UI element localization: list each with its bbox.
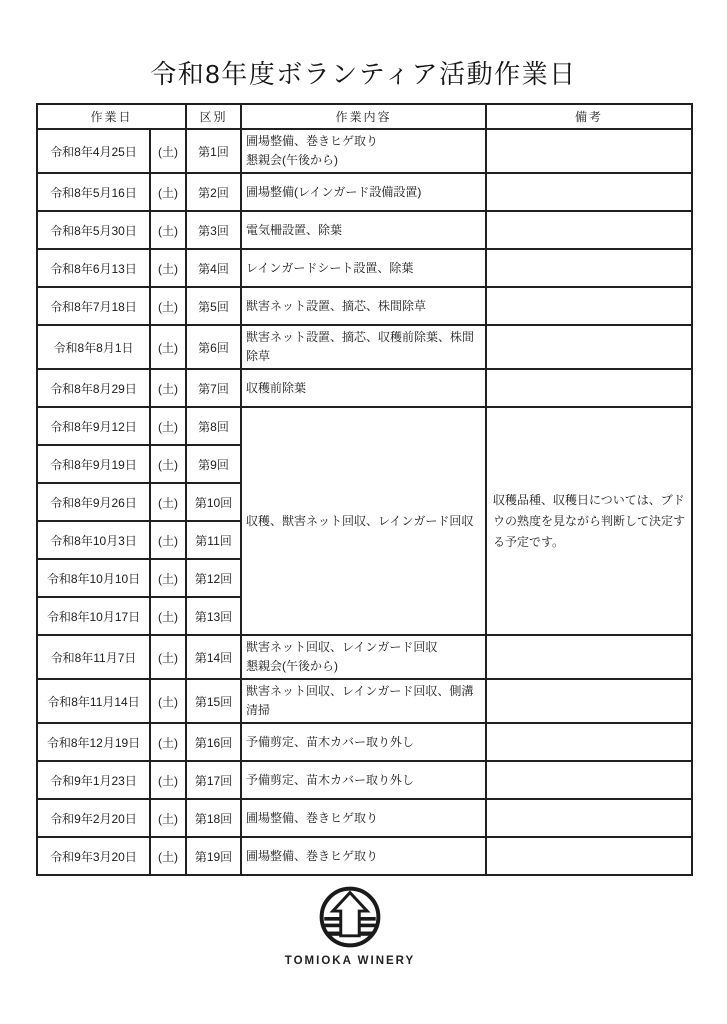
session-number-cell: 第2回: [186, 173, 241, 211]
remarks-cell: [486, 635, 692, 679]
session-number-cell: 第12回: [186, 559, 241, 597]
remarks-cell-merged: 収穫品種、収穫日については、ブドウの熟度を見ながら判断して決定する予定です。: [486, 407, 692, 635]
schedule-body: 令和8年4月25日(土)第1回圃場整備、巻きヒゲ取り懇親会(午後から)令和8年5…: [37, 129, 692, 875]
content-line: 獣害ネット設置、摘芯、株間除草: [246, 297, 480, 316]
table-row: 令和8年5月30日(土)第3回電気柵設置、除葉: [37, 211, 692, 249]
session-number-cell: 第4回: [186, 249, 241, 287]
weekday-cell: (土): [150, 483, 186, 521]
content-line: 懇親会(午後から): [246, 657, 480, 676]
work-date-cell: 令和8年9月12日: [37, 407, 150, 445]
session-number-cell: 第3回: [186, 211, 241, 249]
session-number-cell: 第16回: [186, 723, 241, 761]
weekday-cell: (土): [150, 799, 186, 837]
work-date-cell: 令和8年8月1日: [37, 325, 150, 369]
content-line: 圃場整備、巻きヒゲ取り: [246, 847, 480, 866]
session-number-cell: 第5回: [186, 287, 241, 325]
table-row: 令和9年3月20日(土)第19回圃場整備、巻きヒゲ取り: [37, 837, 692, 875]
work-date-cell: 令和9年1月23日: [37, 761, 150, 799]
table-row: 令和9年1月23日(土)第17回予備剪定、苗木カバー取り外し: [37, 761, 692, 799]
table-row: 令和8年4月25日(土)第1回圃場整備、巻きヒゲ取り懇親会(午後から): [37, 129, 692, 173]
table-row: 令和9年2月20日(土)第18回圃場整備、巻きヒゲ取り: [37, 799, 692, 837]
content-cell: 予備剪定、苗木カバー取り外し: [241, 723, 486, 761]
work-date-cell: 令和8年10月3日: [37, 521, 150, 559]
content-cell: 予備剪定、苗木カバー取り外し: [241, 761, 486, 799]
weekday-cell: (土): [150, 445, 186, 483]
content-cell: 獣害ネット回収、レインガード回収、側溝清掃: [241, 679, 486, 723]
content-cell: 電気柵設置、除葉: [241, 211, 486, 249]
table-row: 令和8年7月18日(土)第5回獣害ネット設置、摘芯、株間除草: [37, 287, 692, 325]
content-line: 獣害ネット回収、レインガード回収: [246, 638, 480, 657]
remarks-cell: [486, 129, 692, 173]
content-line: 圃場整備、巻きヒゲ取り: [246, 809, 480, 828]
table-row: 令和8年8月29日(土)第7回収穫前除葉: [37, 369, 692, 407]
remarks-cell: [486, 211, 692, 249]
page-title: 令和8年度ボランティア活動作業日: [0, 54, 727, 91]
weekday-cell: (土): [150, 173, 186, 211]
header-row: 作業日 区別 作業内容 備考: [37, 104, 692, 129]
header-category: 区別: [186, 104, 241, 129]
work-date-cell: 令和9年2月20日: [37, 799, 150, 837]
table-row: 令和8年11月14日(土)第15回獣害ネット回収、レインガード回収、側溝清掃: [37, 679, 692, 723]
table-row: 令和8年5月16日(土)第2回圃場整備(レインガード設備設置): [37, 173, 692, 211]
weekday-cell: (土): [150, 723, 186, 761]
header-content: 作業内容: [241, 104, 486, 129]
remarks-cell: [486, 723, 692, 761]
content-line: 圃場整備(レインガード設備設置): [246, 183, 480, 202]
remarks-cell: [486, 799, 692, 837]
content-line: 獣害ネット設置、摘芯、収穫前除葉、株間除草: [246, 328, 480, 366]
header-remarks: 備考: [486, 104, 692, 129]
content-cell: 獣害ネット回収、レインガード回収懇親会(午後から): [241, 635, 486, 679]
content-cell: 圃場整備、巻きヒゲ取り: [241, 799, 486, 837]
content-cell: レインガードシート設置、除葉: [241, 249, 486, 287]
content-cell-merged: 収穫、獣害ネット回収、レインガード回収: [241, 407, 486, 635]
work-date-cell: 令和8年5月30日: [37, 211, 150, 249]
session-number-cell: 第13回: [186, 597, 241, 635]
weekday-cell: (土): [150, 521, 186, 559]
weekday-cell: (土): [150, 325, 186, 369]
content-cell: 圃場整備、巻きヒゲ取り懇親会(午後から): [241, 129, 486, 173]
content-line: 獣害ネット回収、レインガード回収、側溝清掃: [246, 682, 480, 720]
work-date-cell: 令和8年4月25日: [37, 129, 150, 173]
weekday-cell: (土): [150, 369, 186, 407]
remarks-cell: [486, 837, 692, 875]
session-number-cell: 第10回: [186, 483, 241, 521]
remarks-cell: [486, 761, 692, 799]
table-row: 令和8年8月1日(土)第6回獣害ネット設置、摘芯、収穫前除葉、株間除草: [37, 325, 692, 369]
session-number-cell: 第19回: [186, 837, 241, 875]
session-number-cell: 第11回: [186, 521, 241, 559]
weekday-cell: (土): [150, 559, 186, 597]
schedule-table: 作業日 区別 作業内容 備考 令和8年4月25日(土)第1回圃場整備、巻きヒゲ取…: [36, 103, 693, 876]
content-line: 電気柵設置、除葉: [246, 221, 480, 240]
work-date-cell: 令和8年11月14日: [37, 679, 150, 723]
weekday-cell: (土): [150, 679, 186, 723]
table-row: 令和8年9月12日(土)第8回収穫、獣害ネット回収、レインガード回収収穫品種、収…: [37, 407, 692, 445]
weekday-cell: (土): [150, 761, 186, 799]
session-number-cell: 第18回: [186, 799, 241, 837]
content-cell: 圃場整備、巻きヒゲ取り: [241, 837, 486, 875]
content-line: 圃場整備、巻きヒゲ取り: [246, 132, 480, 151]
table-row: 令和8年12月19日(土)第16回予備剪定、苗木カバー取り外し: [37, 723, 692, 761]
session-number-cell: 第8回: [186, 407, 241, 445]
session-number-cell: 第17回: [186, 761, 241, 799]
session-number-cell: 第6回: [186, 325, 241, 369]
content-line: 収穫前除葉: [246, 379, 480, 398]
tomioka-winery-logo: TOMIOKA WINERY: [287, 884, 413, 967]
work-date-cell: 令和8年7月18日: [37, 287, 150, 325]
winery-circle-arrow-icon: [317, 884, 383, 950]
content-cell: 圃場整備(レインガード設備設置): [241, 173, 486, 211]
work-date-cell: 令和8年6月13日: [37, 249, 150, 287]
table-row: 令和8年6月13日(土)第4回レインガードシート設置、除葉: [37, 249, 692, 287]
work-date-cell: 令和8年5月16日: [37, 173, 150, 211]
content-line: 懇親会(午後から): [246, 151, 480, 170]
session-number-cell: 第7回: [186, 369, 241, 407]
document-page: 令和8年度ボランティア活動作業日 作業日 区別 作業内容 備考 令和8年4月25…: [0, 0, 727, 1024]
header-work-date: 作業日: [37, 104, 186, 129]
remarks-cell: [486, 325, 692, 369]
remarks-cell: [486, 287, 692, 325]
work-date-cell: 令和8年10月17日: [37, 597, 150, 635]
weekday-cell: (土): [150, 129, 186, 173]
content-cell: 獣害ネット設置、摘芯、収穫前除葉、株間除草: [241, 325, 486, 369]
content-line: 予備剪定、苗木カバー取り外し: [246, 733, 480, 752]
work-date-cell: 令和8年8月29日: [37, 369, 150, 407]
weekday-cell: (土): [150, 635, 186, 679]
remarks-cell: [486, 369, 692, 407]
content-cell: 獣害ネット設置、摘芯、株間除草: [241, 287, 486, 325]
session-number-cell: 第15回: [186, 679, 241, 723]
work-date-cell: 令和8年12月19日: [37, 723, 150, 761]
work-date-cell: 令和9年3月20日: [37, 837, 150, 875]
winery-name-text: TOMIOKA WINERY: [285, 955, 415, 967]
session-number-cell: 第14回: [186, 635, 241, 679]
weekday-cell: (土): [150, 837, 186, 875]
session-number-cell: 第9回: [186, 445, 241, 483]
content-cell: 収穫前除葉: [241, 369, 486, 407]
content-line: 予備剪定、苗木カバー取り外し: [246, 771, 480, 790]
weekday-cell: (土): [150, 407, 186, 445]
session-number-cell: 第1回: [186, 129, 241, 173]
weekday-cell: (土): [150, 287, 186, 325]
work-date-cell: 令和8年9月19日: [37, 445, 150, 483]
work-date-cell: 令和8年9月26日: [37, 483, 150, 521]
remarks-cell: [486, 679, 692, 723]
work-date-cell: 令和8年11月7日: [37, 635, 150, 679]
weekday-cell: (土): [150, 249, 186, 287]
weekday-cell: (土): [150, 211, 186, 249]
weekday-cell: (土): [150, 597, 186, 635]
remarks-cell: [486, 173, 692, 211]
table-row: 令和8年11月7日(土)第14回獣害ネット回収、レインガード回収懇親会(午後から…: [37, 635, 692, 679]
remarks-cell: [486, 249, 692, 287]
work-date-cell: 令和8年10月10日: [37, 559, 150, 597]
content-line: レインガードシート設置、除葉: [246, 259, 480, 278]
